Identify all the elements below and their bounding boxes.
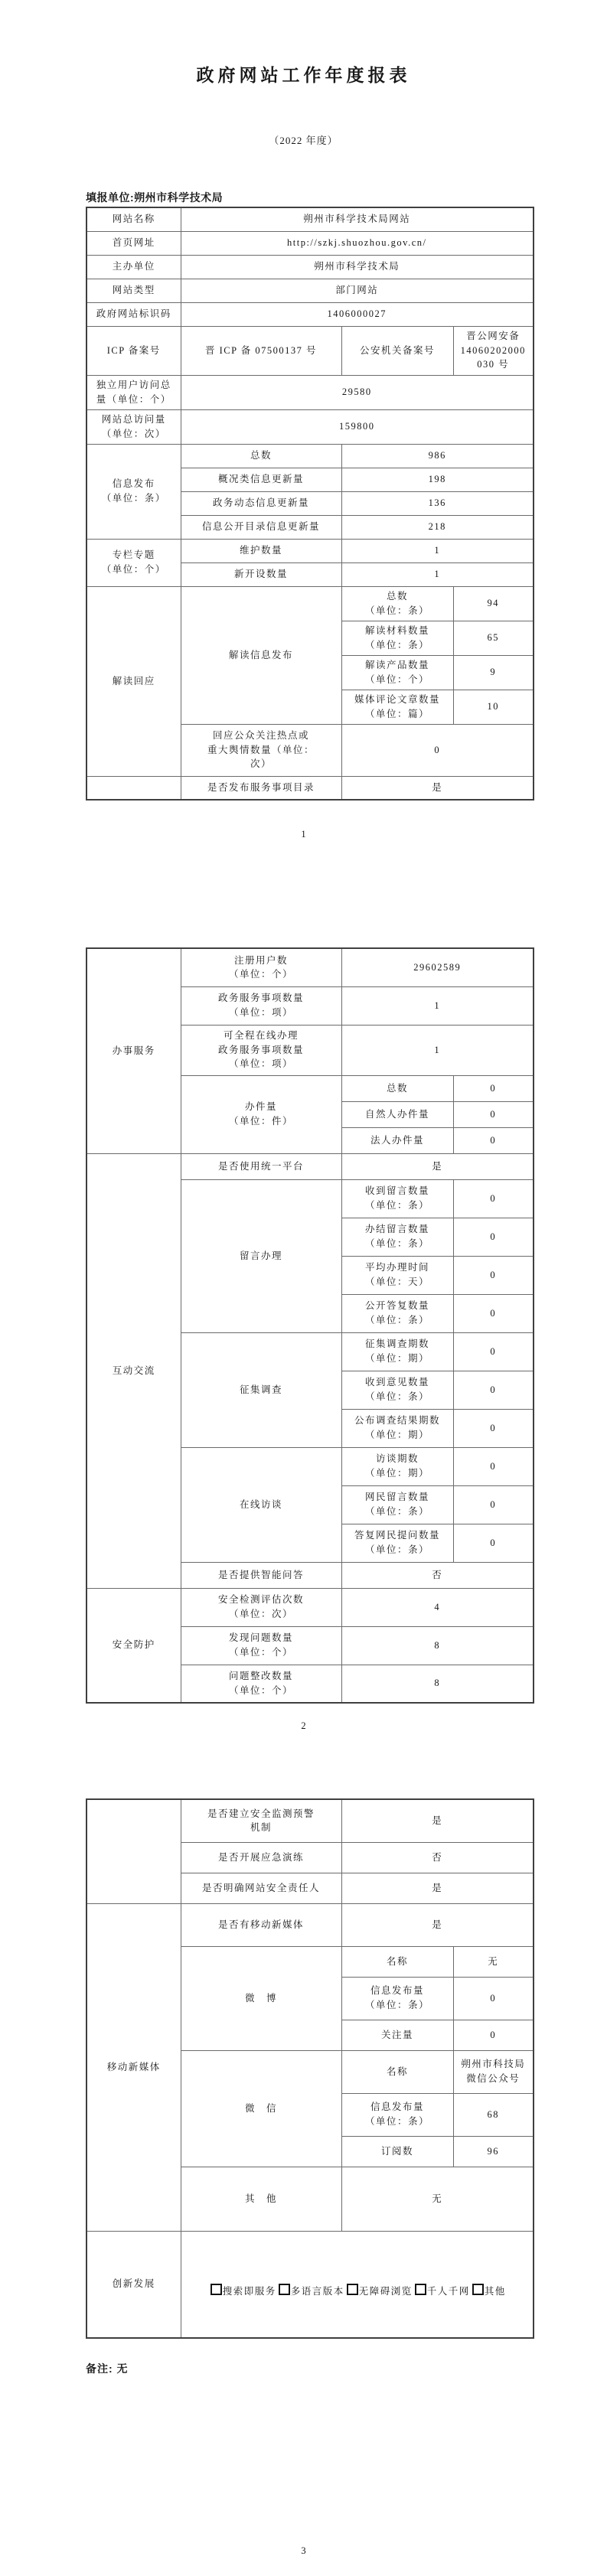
service-directory-label: 是否发布服务事项目录 xyxy=(181,776,341,800)
wechat-row-label: 名称 xyxy=(341,2050,453,2093)
sponsor-value: 朔州市科学技术局 xyxy=(181,255,534,279)
case-volume-row-value: 0 xyxy=(453,1075,534,1101)
message-row-label: 办结留言数量 （单位：条） xyxy=(341,1218,453,1256)
info-pub-row-label: 信息公开目录信息更新量 xyxy=(181,515,341,539)
report-year-subtitle: （2022 年度） xyxy=(0,132,607,147)
checkbox-icon xyxy=(472,2284,484,2295)
interpretation-row-value: 9 xyxy=(453,655,534,690)
case-volume-row-label: 法人办件量 xyxy=(341,1127,453,1153)
wechat-row-label: 订阅数 xyxy=(341,2136,453,2167)
weibo-row-label: 名称 xyxy=(341,1946,453,1977)
homepage-url-value: http://szkj.shuozhou.gov.cn/ xyxy=(181,231,534,255)
basic-info-table: 网站名称 朔州市科学技术局网站 首页网址 http://szkj.shuozho… xyxy=(86,207,534,801)
table-row: 创新发展 搜索即服务多语言版本无障碍浏览千人千网其他 xyxy=(86,2231,534,2338)
table-row: 独立用户访问总 量（单位：个） 29580 xyxy=(86,375,534,409)
security-officer-value: 是 xyxy=(341,1873,534,1903)
special-columns-row-label: 新开设数量 xyxy=(181,562,341,586)
weibo-row-value: 0 xyxy=(453,2020,534,2050)
security-monitor-label: 是否建立安全监测预警 机制 xyxy=(181,1799,341,1842)
interpretation-row-value: 10 xyxy=(453,690,534,724)
table-row: 首页网址 http://szkj.shuozhou.gov.cn/ xyxy=(86,231,534,255)
table-row: 专栏专题 （单位：个） 维护数量 1 xyxy=(86,539,534,562)
table-row: ICP 备案号 晋 ICP 备 07500137 号 公安机关备案号 晋公网安备… xyxy=(86,326,534,375)
message-row-value: 0 xyxy=(453,1294,534,1332)
message-handling-label: 留言办理 xyxy=(181,1179,341,1332)
unified-platform-value: 是 xyxy=(341,1153,534,1179)
wechat-row-value: 68 xyxy=(453,2093,534,2136)
table-row: 政府网站标识码 1406000027 xyxy=(86,302,534,326)
checkbox-icon xyxy=(415,2284,426,2295)
special-columns-section-label: 专栏专题 （单位：个） xyxy=(86,539,181,586)
security-row-label: 安全检测评估次数 （单位：次） xyxy=(181,1588,341,1626)
empty-cell xyxy=(86,1799,181,1903)
table-row: 是否发布服务事项目录 是 xyxy=(86,776,534,800)
innovation-option-label: 无障碍浏览 xyxy=(359,2286,413,2297)
emergency-drill-label: 是否开展应急演练 xyxy=(181,1842,341,1873)
other-media-label: 其 他 xyxy=(181,2167,341,2231)
police-record-label: 公安机关备案号 xyxy=(341,326,453,375)
weibo-row-value: 0 xyxy=(453,1977,534,2020)
case-volume-row-value: 0 xyxy=(453,1101,534,1127)
security-row-label: 问题整改数量 （单位：个） xyxy=(181,1665,341,1703)
weibo-row-label: 信息发布量 （单位：条） xyxy=(341,1977,453,2020)
wechat-section-label: 微 信 xyxy=(181,2050,341,2167)
survey-row-value: 0 xyxy=(453,1409,534,1447)
message-row-label: 收到留言数量 （单位：条） xyxy=(341,1179,453,1218)
innovation-options: 搜索即服务多语言版本无障碍浏览千人千网其他 xyxy=(181,2231,534,2338)
survey-row-value: 0 xyxy=(453,1332,534,1371)
online-service-items-label: 可全程在线办理 政务服务事项数量 （单位：项） xyxy=(181,1025,341,1075)
security-row-value: 4 xyxy=(341,1588,534,1626)
info-pub-row-label: 概况类信息更新量 xyxy=(181,468,341,491)
site-type-label: 网站类型 xyxy=(86,279,181,302)
mobile-media-table: 是否建立安全监测预警 机制 是 是否开展应急演练 否 是否明确网站安全责任人 是… xyxy=(86,1798,534,2339)
weibo-section-label: 微 博 xyxy=(181,1946,341,2050)
interview-row-label: 网民留言数量 （单位：条） xyxy=(341,1485,453,1524)
info-pub-row-label: 政务动态信息更新量 xyxy=(181,491,341,515)
online-service-items-value: 1 xyxy=(341,1025,534,1075)
table-row: 网站总访问量 （单位：次） 159800 xyxy=(86,409,534,444)
sponsor-label: 主办单位 xyxy=(86,255,181,279)
table-row: 互动交流 是否使用统一平台 是 xyxy=(86,1153,534,1179)
security-row-value: 8 xyxy=(341,1626,534,1665)
case-volume-label: 办件量 （单位：件） xyxy=(181,1075,341,1153)
weibo-row-value: 无 xyxy=(453,1946,534,1977)
unique-visitors-label: 独立用户访问总 量（单位：个） xyxy=(86,375,181,409)
innovation-option: 搜索即服务 xyxy=(208,2286,276,2297)
service-section-label: 办事服务 xyxy=(86,948,181,1153)
wechat-row-value: 96 xyxy=(453,2136,534,2167)
interpretation-section-label: 解读回应 xyxy=(86,586,181,776)
interpretation-row-label: 总数 （单位：条） xyxy=(341,586,453,621)
unified-platform-label: 是否使用统一平台 xyxy=(181,1153,341,1179)
registered-users-label: 注册用户数 （单位：个） xyxy=(181,948,341,986)
message-row-label: 平均办理时间 （单位：天） xyxy=(341,1256,453,1294)
message-row-value: 0 xyxy=(453,1179,534,1218)
wechat-row-value: 朔州市科技局 微信公众号 xyxy=(453,2050,534,2093)
table-row: 移动新媒体 是否有移动新媒体 是 xyxy=(86,1903,534,1946)
innovation-option: 千人千网 xyxy=(413,2286,470,2297)
info-pub-row-label: 总数 xyxy=(181,444,341,468)
site-name-value: 朔州市科学技术局网站 xyxy=(181,207,534,231)
site-id-value: 1406000027 xyxy=(181,302,534,326)
service-items-label: 政务服务事项数量 （单位：项） xyxy=(181,986,341,1025)
site-id-label: 政府网站标识码 xyxy=(86,302,181,326)
public-response-value: 0 xyxy=(341,724,534,776)
interview-row-label: 访谈期数 （单位：期） xyxy=(341,1447,453,1485)
innovation-option: 其他 xyxy=(470,2286,506,2297)
icp-label: ICP 备案号 xyxy=(86,326,181,375)
special-columns-row-value: 1 xyxy=(341,562,534,586)
message-row-value: 0 xyxy=(453,1218,534,1256)
wechat-row-label: 信息发布量 （单位：条） xyxy=(341,2093,453,2136)
page-title: 政府网站工作年度报表 xyxy=(0,61,607,86)
table-row: 信息发布 （单位：条） 总数 986 xyxy=(86,444,534,468)
mobile-media-section-label: 移动新媒体 xyxy=(86,1903,181,2231)
interpretation-row-value: 65 xyxy=(453,621,534,655)
interview-row-value: 0 xyxy=(453,1447,534,1485)
service-directory-value: 是 xyxy=(341,776,534,800)
message-row-label: 公开答复数量 （单位：条） xyxy=(341,1294,453,1332)
homepage-url-label: 首页网址 xyxy=(86,231,181,255)
survey-row-value: 0 xyxy=(453,1371,534,1409)
table-row: 网站类型 部门网站 xyxy=(86,279,534,302)
info-pub-section-label: 信息发布 （单位：条） xyxy=(86,444,181,539)
has-mobile-media-label: 是否有移动新媒体 xyxy=(181,1903,341,1946)
has-mobile-media-value: 是 xyxy=(341,1903,534,1946)
security-monitor-value: 是 xyxy=(341,1799,534,1842)
service-items-value: 1 xyxy=(341,986,534,1025)
checkbox-icon xyxy=(210,2284,222,2295)
table-row: 主办单位 朔州市科学技术局 xyxy=(86,255,534,279)
info-pub-row-value: 136 xyxy=(341,491,534,515)
registered-users-value: 29602589 xyxy=(341,948,534,986)
survey-row-label: 公布调查结果期数 （单位：期） xyxy=(341,1409,453,1447)
case-volume-row-label: 总数 xyxy=(341,1075,453,1101)
smart-qa-label: 是否提供智能问答 xyxy=(181,1562,341,1588)
page-number-3: 3 xyxy=(0,2545,607,2557)
case-volume-row-label: 自然人办件量 xyxy=(341,1101,453,1127)
table-row: 是否建立安全监测预警 机制 是 xyxy=(86,1799,534,1842)
security-row-value: 8 xyxy=(341,1665,534,1703)
innovation-section-label: 创新发展 xyxy=(86,2231,181,2338)
case-volume-row-value: 0 xyxy=(453,1127,534,1153)
interpretation-row-label: 解读产品数量 （单位：个） xyxy=(341,655,453,690)
site-name-label: 网站名称 xyxy=(86,207,181,231)
empty-cell xyxy=(86,776,181,800)
interpretation-pub-label: 解读信息发布 xyxy=(181,586,341,724)
interview-row-value: 0 xyxy=(453,1524,534,1562)
checkbox-icon xyxy=(279,2284,290,2295)
icp-value: 晋 ICP 备 07500137 号 xyxy=(181,326,341,375)
innovation-option-label: 其他 xyxy=(485,2286,506,2297)
info-pub-row-value: 986 xyxy=(341,444,534,468)
innovation-option: 无障碍浏览 xyxy=(344,2286,413,2297)
special-columns-row-label: 维护数量 xyxy=(181,539,341,562)
special-columns-row-value: 1 xyxy=(341,539,534,562)
interaction-section-label: 互动交流 xyxy=(86,1153,181,1588)
survey-section-label: 征集调查 xyxy=(181,1332,341,1447)
message-row-value: 0 xyxy=(453,1256,534,1294)
total-visits-value: 159800 xyxy=(181,409,534,444)
security-section-label: 安全防护 xyxy=(86,1588,181,1703)
security-row-label: 发现问题数量 （单位：个） xyxy=(181,1626,341,1665)
remarks-line: 备注: 无 xyxy=(86,2361,129,2376)
public-response-label: 回应公众关注热点或 重大舆情数量（单位： 次） xyxy=(181,724,341,776)
site-type-value: 部门网站 xyxy=(181,279,534,302)
interpretation-row-label: 解读材料数量 （单位：条） xyxy=(341,621,453,655)
innovation-option-label: 多语言版本 xyxy=(291,2286,344,2297)
smart-qa-value: 否 xyxy=(341,1562,534,1588)
info-pub-row-value: 218 xyxy=(341,515,534,539)
interpretation-row-label: 媒体评论文章数量 （单位：篇） xyxy=(341,690,453,724)
table-row: 安全防护 安全检测评估次数 （单位：次） 4 xyxy=(86,1588,534,1626)
table-row: 网站名称 朔州市科学技术局网站 xyxy=(86,207,534,231)
survey-row-label: 征集调查期数 （单位：期） xyxy=(341,1332,453,1371)
total-visits-label: 网站总访问量 （单位：次） xyxy=(86,409,181,444)
reporting-unit: 填报单位:朔州市科学技术局 xyxy=(86,190,223,205)
table-row: 办事服务 注册用户数 （单位：个） 29602589 xyxy=(86,948,534,986)
page-number-2: 2 xyxy=(0,1720,607,1732)
innovation-option-label: 千人千网 xyxy=(427,2286,470,2297)
unique-visitors-value: 29580 xyxy=(181,375,534,409)
innovation-option-label: 搜索即服务 xyxy=(223,2286,276,2297)
interpretation-row-value: 94 xyxy=(453,586,534,621)
page-number-1: 1 xyxy=(0,829,607,840)
other-media-value: 无 xyxy=(341,2167,534,2231)
weibo-row-label: 关注量 xyxy=(341,2020,453,2050)
innovation-option: 多语言版本 xyxy=(276,2286,344,2297)
police-record-value: 晋公网安备 14060202000 030 号 xyxy=(453,326,534,375)
info-pub-row-value: 198 xyxy=(341,468,534,491)
security-officer-label: 是否明确网站安全责任人 xyxy=(181,1873,341,1903)
table-row: 解读回应 解读信息发布 总数 （单位：条） 94 xyxy=(86,586,534,621)
checkbox-icon xyxy=(347,2284,358,2295)
interview-row-label: 答复网民提问数量 （单位：条） xyxy=(341,1524,453,1562)
survey-row-label: 收到意见数量 （单位：条） xyxy=(341,1371,453,1409)
report-document: 政府网站工作年度报表 （2022 年度） 填报单位:朔州市科学技术局 网站名称 … xyxy=(0,0,607,2576)
interview-section-label: 在线访谈 xyxy=(181,1447,341,1562)
service-interaction-table: 办事服务 注册用户数 （单位：个） 29602589 政务服务事项数量 （单位：… xyxy=(86,947,534,1704)
interview-row-value: 0 xyxy=(453,1485,534,1524)
emergency-drill-value: 否 xyxy=(341,1842,534,1873)
